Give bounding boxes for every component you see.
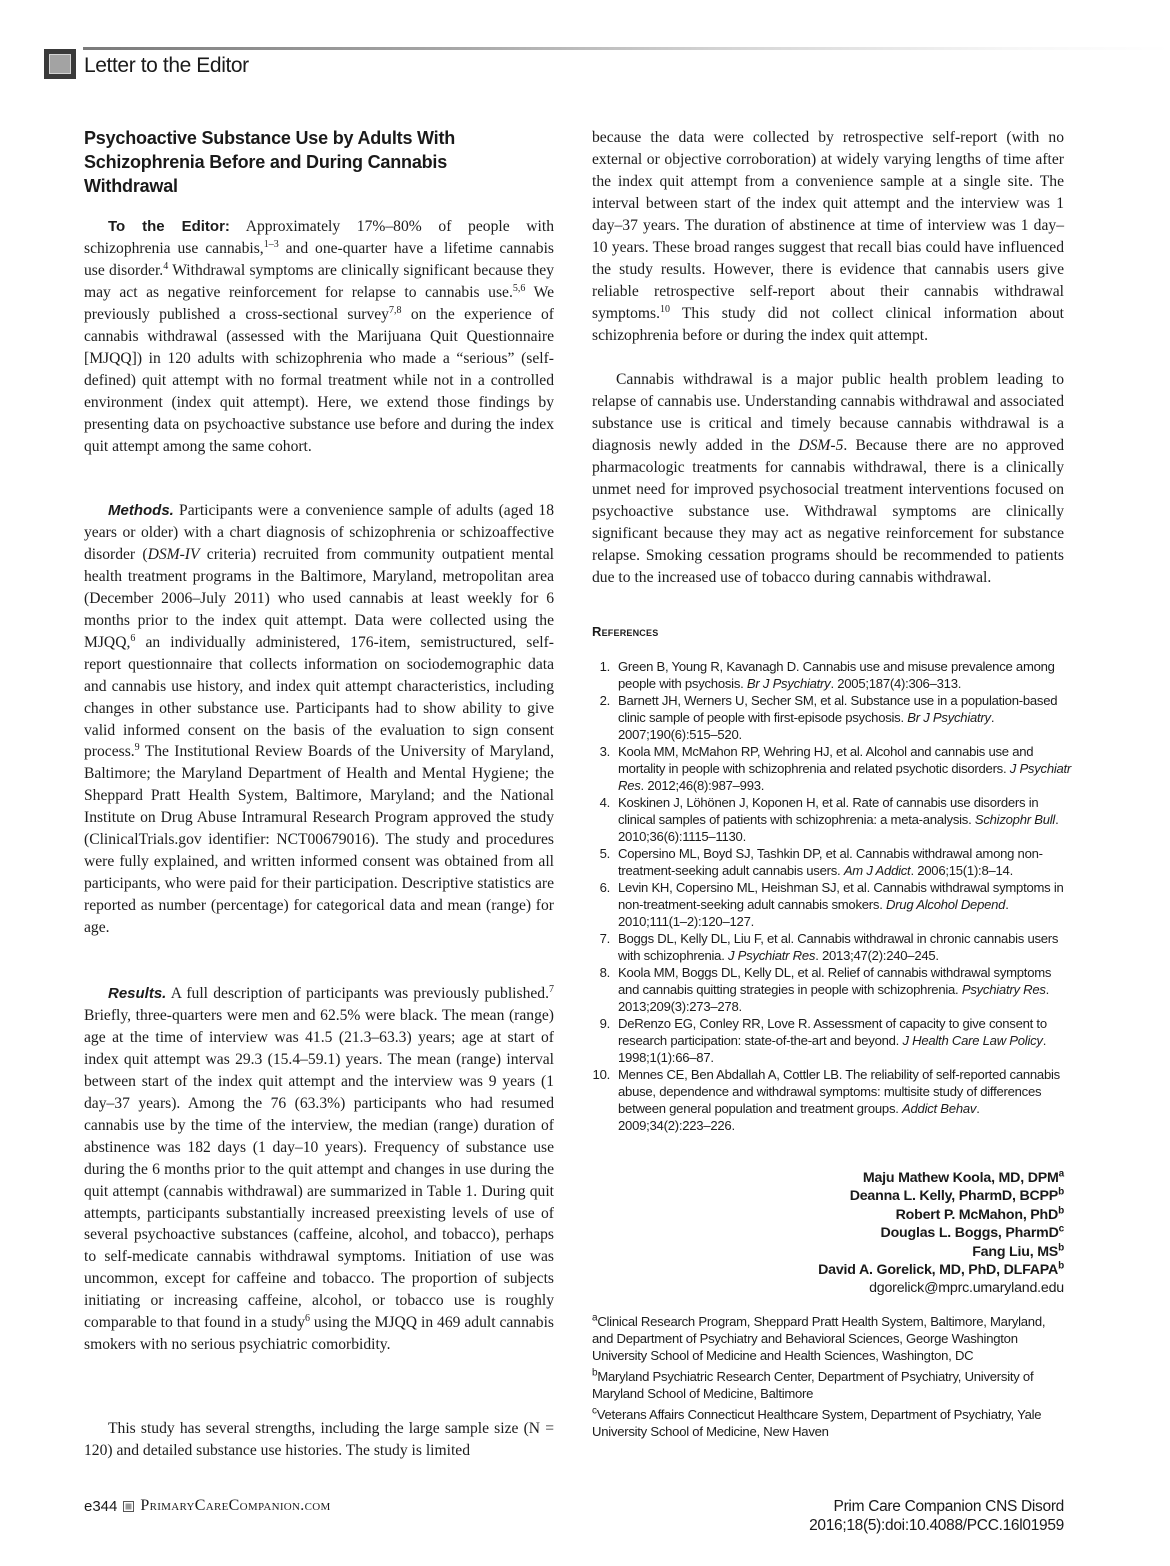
author-name: Maju Mathew Koola, MD, DPMa (818, 1169, 1064, 1187)
article-title: Psychoactive Substance Use by Adults Wit… (84, 126, 514, 198)
affiliation-item: aClinical Research Program, Sheppard Pra… (592, 1313, 1062, 1364)
paragraph-methods: Methods. Participants were a convenience… (84, 500, 554, 939)
square-bullet-icon (123, 1501, 134, 1512)
lead-methods: Methods. (108, 502, 174, 519)
reference-item: 7.Boggs DL, Kelly DL, Liu F, et al. Cann… (592, 930, 1072, 964)
citation: 7 (549, 984, 554, 995)
section-label: Letter to the Editor (84, 54, 249, 78)
affiliations: aClinical Research Program, Sheppard Pra… (592, 1313, 1062, 1444)
paragraph-strengths: This study has several strengths, includ… (84, 1418, 554, 1462)
affiliation-item: bMaryland Psychiatric Research Center, D… (592, 1368, 1062, 1402)
doi-citation: 2016;18(5):doi:10.4088/PCC.16l01959 (809, 1516, 1064, 1535)
author-name: Robert P. McMahon, PhDb (818, 1206, 1064, 1224)
footer-citation: Prim Care Companion CNS Disord 2016;18(5… (809, 1497, 1064, 1535)
reference-item: 10.Mennes CE, Ben Abdallah A, Cottler LB… (592, 1066, 1072, 1134)
lead-results: Results. (108, 985, 166, 1002)
header-rule (83, 47, 1170, 50)
lead-to-the-editor: To the Editor: (108, 218, 230, 235)
reference-item: 8.Koola MM, Boggs DL, Kelly DL, et al. R… (592, 964, 1072, 1015)
paragraph-to-the-editor: To the Editor: Approximately 17%–80% of … (84, 216, 554, 457)
site-link[interactable]: PrimaryCareCompanion.com (140, 1497, 330, 1515)
author-name: David A. Gorelick, MD, PhD, DLFAPAb (818, 1261, 1064, 1279)
citation: 5,6 (513, 283, 526, 294)
citation: 7,8 (389, 305, 402, 316)
reference-item: 9.DeRenzo EG, Conley RR, Love R. Assessm… (592, 1015, 1072, 1066)
author-name: Fang Liu, MSb (818, 1243, 1064, 1261)
paragraph-conclusion: Cannabis withdrawal is a major public he… (592, 369, 1064, 589)
reference-item: 3.Koola MM, McMahon RP, Wehring HJ, et a… (592, 743, 1072, 794)
references-list: 1.Green B, Young R, Kavanagh D. Cannabis… (592, 658, 1072, 1134)
author-name: Deanna L. Kelly, PharmD, BCPPb (818, 1187, 1064, 1205)
reference-item: 5.Copersino ML, Boyd SJ, Tashkin DP, et … (592, 845, 1072, 879)
page-number: e344 (84, 1498, 117, 1515)
footer-left: e344 PrimaryCareCompanion.com (84, 1497, 331, 1515)
author-email-link[interactable]: dgorelick@mprc.umaryland.edu (818, 1279, 1064, 1297)
reference-item: 2.Barnett JH, Werners U, Secher SM, et a… (592, 692, 1072, 743)
author-name: Douglas L. Boggs, PharmDc (818, 1224, 1064, 1242)
section-marker-icon (44, 49, 76, 79)
citation: 1–3 (264, 239, 279, 250)
affiliation-item: cVeterans Affairs Connecticut Healthcare… (592, 1406, 1062, 1440)
reference-item: 6.Levin KH, Copersino ML, Heishman SJ, e… (592, 879, 1072, 930)
citation: 10 (660, 303, 670, 314)
author-list: Maju Mathew Koola, MD, DPMa Deanna L. Ke… (818, 1169, 1064, 1298)
paragraph-limitations: because the data were collected by retro… (592, 127, 1064, 347)
references-heading: References (592, 624, 658, 639)
reference-item: 4.Koskinen J, Löhönen J, Koponen H, et a… (592, 794, 1072, 845)
paragraph-results: Results. A full description of participa… (84, 983, 554, 1356)
journal-name: Prim Care Companion CNS Disord (809, 1497, 1064, 1516)
reference-item: 1.Green B, Young R, Kavanagh D. Cannabis… (592, 658, 1072, 692)
